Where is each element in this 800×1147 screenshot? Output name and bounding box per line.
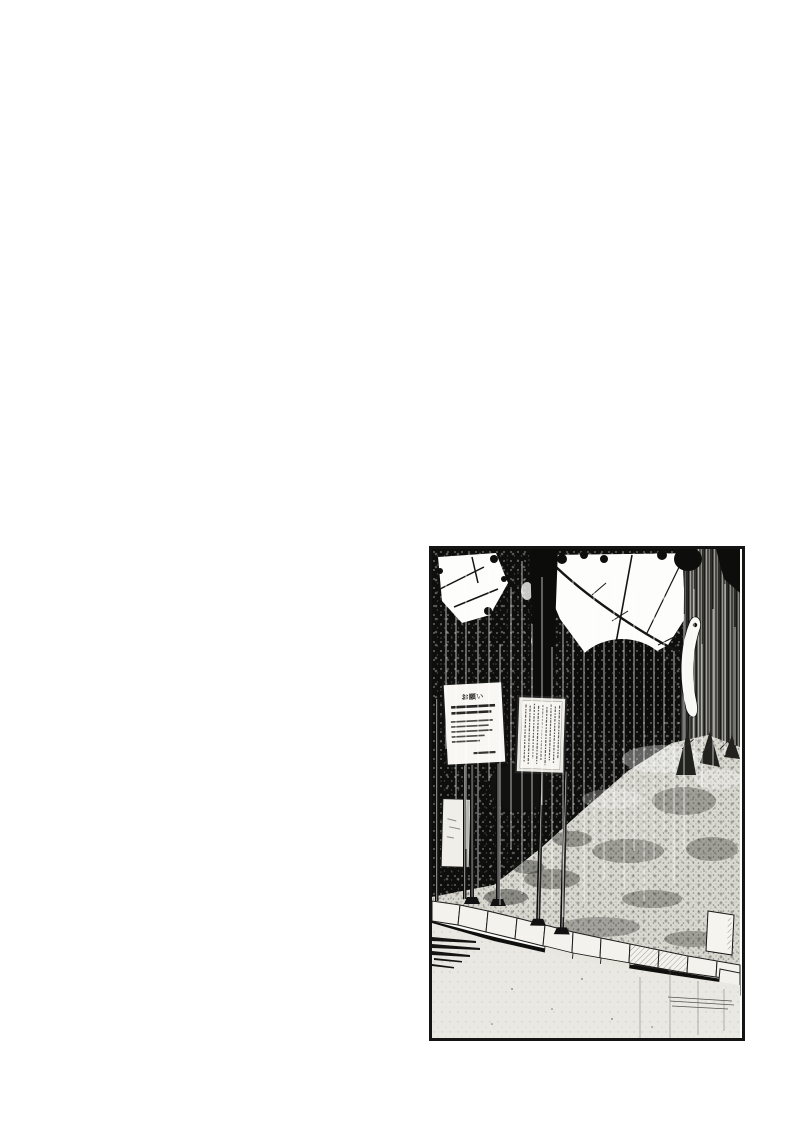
manga-panel: お願い	[429, 546, 745, 1041]
panel-artwork: お願い	[432, 549, 742, 1038]
notice-board	[516, 696, 567, 774]
warning-sign-title: お願い	[461, 691, 484, 701]
warning-sign: お願い	[443, 681, 506, 765]
curbside-stone-block	[706, 911, 734, 955]
blank-page: お願い	[0, 0, 800, 1147]
